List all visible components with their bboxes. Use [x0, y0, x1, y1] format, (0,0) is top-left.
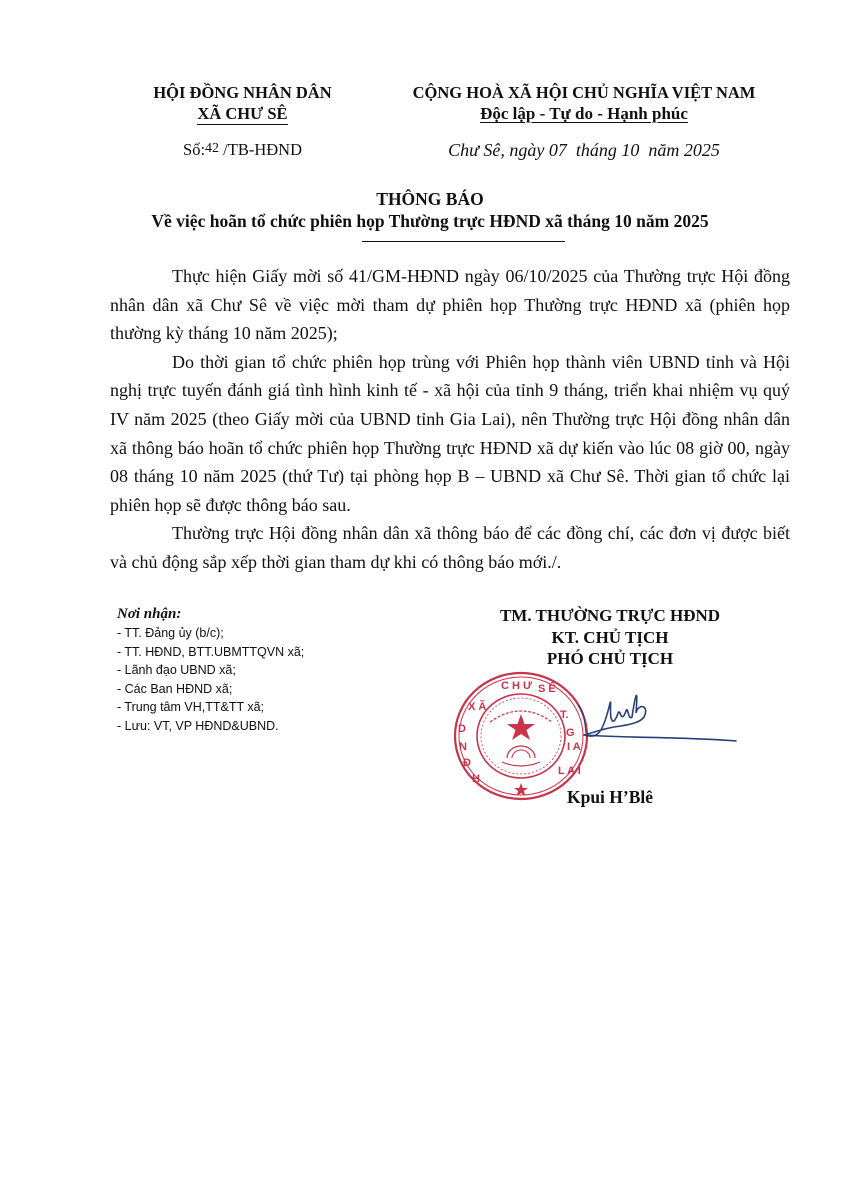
body-paragraph: Do thời gian tổ chức phiên họp trùng với… — [110, 348, 790, 520]
recipient-item: - TT. HĐND, BTT.UBMTTQVN xã; — [117, 643, 417, 662]
signature-block: TM. THƯỜNG TRỰC HĐND KT. CHỦ TỊCH PHÓ CH… — [455, 605, 765, 670]
title-divider — [362, 241, 565, 242]
document-title: THÔNG BÁO Về việc hoãn tổ chức phiên họp… — [80, 188, 780, 232]
nation-name: CỘNG HOÀ XÃ HỘI CHỦ NGHĨA VIỆT NAM — [378, 82, 790, 103]
doc-number-prefix: Số: — [183, 140, 205, 159]
sign-position: PHÓ CHỦ TỊCH — [455, 648, 765, 670]
national-motto: Độc lập - Tự do - Hạnh phúc — [480, 104, 688, 123]
authority-commune: XÃ CHƯ SÊ — [197, 104, 287, 125]
handwritten-signature-icon — [578, 683, 738, 753]
title-subtitle: Về việc hoãn tổ chức phiên họp Thường tr… — [80, 210, 780, 232]
sign-for-chair: KT. CHỦ TỊCH — [455, 627, 765, 649]
recipient-item: - Lãnh đạo UBND xã; — [117, 661, 417, 680]
recipient-item: - TT. Đảng ủy (b/c); — [117, 624, 417, 643]
official-seal-icon: C H Ư S Ê T. G I A L A I X Ã D N Đ H — [452, 670, 590, 802]
authority-name: HỘI ĐỒNG NHÂN DÂN — [110, 82, 375, 103]
issuing-authority: HỘI ĐỒNG NHÂN DÂN XÃ CHƯ SÊ — [110, 82, 375, 125]
body-paragraph: Thường trực Hội đồng nhân dân xã thông b… — [110, 519, 790, 576]
body-paragraph: Thực hiện Giấy mời số 41/GM-HĐND ngày 06… — [110, 262, 790, 348]
national-heading: CỘNG HOÀ XÃ HỘI CHỦ NGHĨA VIỆT NAM Độc l… — [378, 82, 790, 124]
sign-on-behalf: TM. THƯỜNG TRỰC HĐND — [455, 605, 765, 627]
recipient-item: - Lưu: VT, VP HĐND&UBND. — [117, 717, 417, 736]
recipients-list: - TT. Đảng ủy (b/c); - TT. HĐND, BTT.UBM… — [117, 624, 417, 735]
document-body: Thực hiện Giấy mời số 41/GM-HĐND ngày 06… — [110, 262, 790, 577]
recipients-block: Nơi nhận: - TT. Đảng ủy (b/c); - TT. HĐN… — [117, 604, 417, 735]
doc-number-suffix: /TB-HĐND — [219, 140, 302, 159]
document-number: Số:42 /TB-HĐND — [110, 140, 375, 160]
doc-number-value: 42 — [205, 141, 219, 156]
signer-name: Kpui H’Blê — [455, 787, 765, 808]
recipient-item: - Các Ban HĐND xã; — [117, 680, 417, 699]
recipients-title: Nơi nhận: — [117, 604, 417, 624]
place-and-date: Chư Sê, ngày 07 tháng 10 năm 2025 — [378, 140, 790, 161]
recipient-item: - Trung tâm VH,TT&TT xã; — [117, 698, 417, 717]
title-main: THÔNG BÁO — [80, 188, 780, 210]
